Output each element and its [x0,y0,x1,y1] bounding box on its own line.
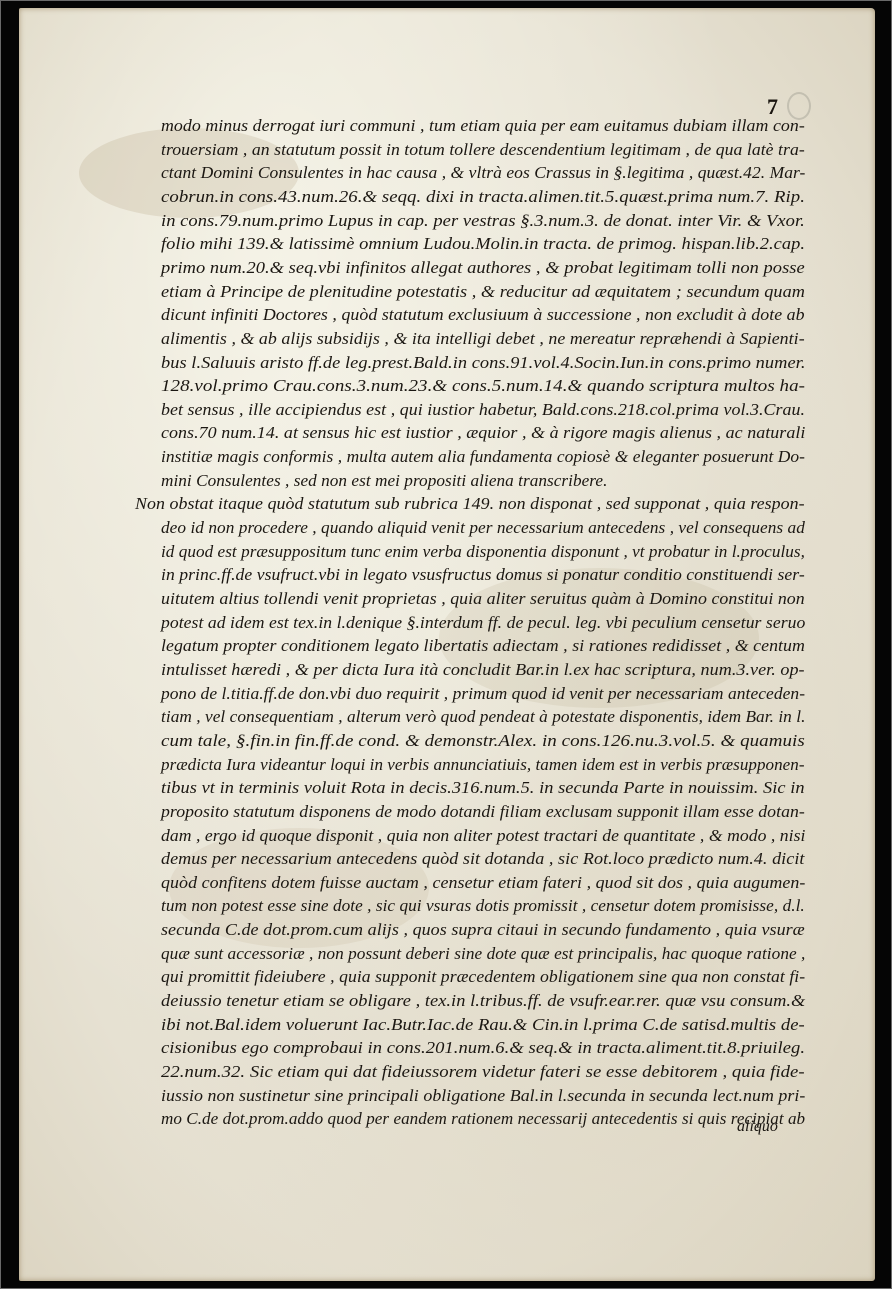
text-line: quòd confitens dotem fuisse auctam , cen… [161,873,805,893]
text-line: mo C.de dot.prom.addo quod per eandem ra… [161,1109,805,1129]
text-line: dicunt infiniti Doctores , quòd statutum… [161,305,805,325]
scan-frame: 7 modo minus derrogat iuri communi , tum… [0,0,892,1289]
manuscript-page: 7 modo minus derrogat iuri communi , tum… [19,8,875,1281]
text-line: tiam , vel consequentiam , alterum verò … [161,707,805,727]
text-line: tibus vt in terminis voluit Rota in deci… [161,778,805,798]
text-line: intulisset hæredi , & per dicta Iura ità… [161,660,805,680]
text-line: quæ sunt accessoriæ , non possunt deberi… [161,944,805,964]
text-line: secunda C.de dot.prom.cum alijs , quos s… [161,920,805,940]
text-line: demus per necessarium antecedens quòd si… [161,849,804,869]
text-line: ibi not.Bal.idem voluerunt Iac.Butr.Iac.… [161,1015,805,1035]
text-line: uitutem altius tollendi venit proprietas… [161,589,805,609]
text-line: Non obstat itaque quòd statutum sub rubr… [135,494,805,514]
text-line: prædicta Iura videantur loqui in verbis … [161,755,805,775]
catchword: aliquo [737,1118,778,1136]
text-line: pono de l.titia.ff.de don.vbi duo requir… [161,684,805,704]
text-line: primo num.20.& seq.vbi infinitos allegat… [161,258,805,278]
text-line: alimentis , & ab alijs subsidijs , & ita… [161,329,805,349]
text-line: folio mihi 139.& latissimè omnium Ludou.… [161,234,805,254]
text-line: proposito statutum disponens de modo dot… [161,802,805,822]
text-line: in princ.ff.de vsufruct.vbi in legato vs… [161,565,805,585]
text-line: 128.vol.primo Crau.cons.3.num.23.& cons.… [161,376,805,396]
text-line: qui promittit fideiubere , quia supponit… [161,967,805,987]
text-line: cobrun.in cons.43.num.26.& seqq. dixi in… [161,187,805,207]
text-line: ctant Domini Consulentes in hac causa , … [161,163,805,183]
text-line: bet sensus , ille accipiendus est , qui … [161,400,805,420]
text-line: dam , ergo id quoque disponit , quia non… [161,826,805,846]
text-line: modo minus derrogat iuri communi , tum e… [161,116,805,136]
text-line: legatum propter conditionem legato liber… [161,636,805,656]
text-line: bus l.Saluuis aristo ff.de leg.prest.Bal… [161,353,805,373]
text-line: in cons.79.num.primo Lupus in cap. per v… [161,211,805,231]
text-line: 22.num.32. Sic etiam qui dat fideiussore… [161,1062,805,1082]
text-line: cum tale, §.fin.in fin.ff.de cond. & dem… [161,731,805,751]
text-line: deiussio tenetur etiam se obligare , tex… [161,991,805,1011]
text-line: institiæ magis conformis , multa autem a… [161,447,805,467]
text-line: mini Consulentes , sed non est mei propo… [161,471,607,491]
text-line: id quod est præsuppositum tunc enim verb… [161,542,805,562]
text-line: deo id non procedere , quando aliquid ve… [161,518,805,538]
text-line: etiam à Principe de plenitudine potestat… [161,282,805,302]
text-line: trouersiam , an statutum possit in totum… [161,140,805,160]
text-line: potest ad idem est tex.in l.denique §.in… [161,613,805,633]
text-line: iussio non sustinetur sine principali ob… [161,1086,805,1106]
text-line: cons.70 num.14. at sensus hic est iustio… [161,423,805,443]
text-line: tum non potest esse sine dote , sic qui … [161,896,805,916]
text-line: cisionibus ego comprobaui in cons.201.nu… [161,1038,805,1058]
